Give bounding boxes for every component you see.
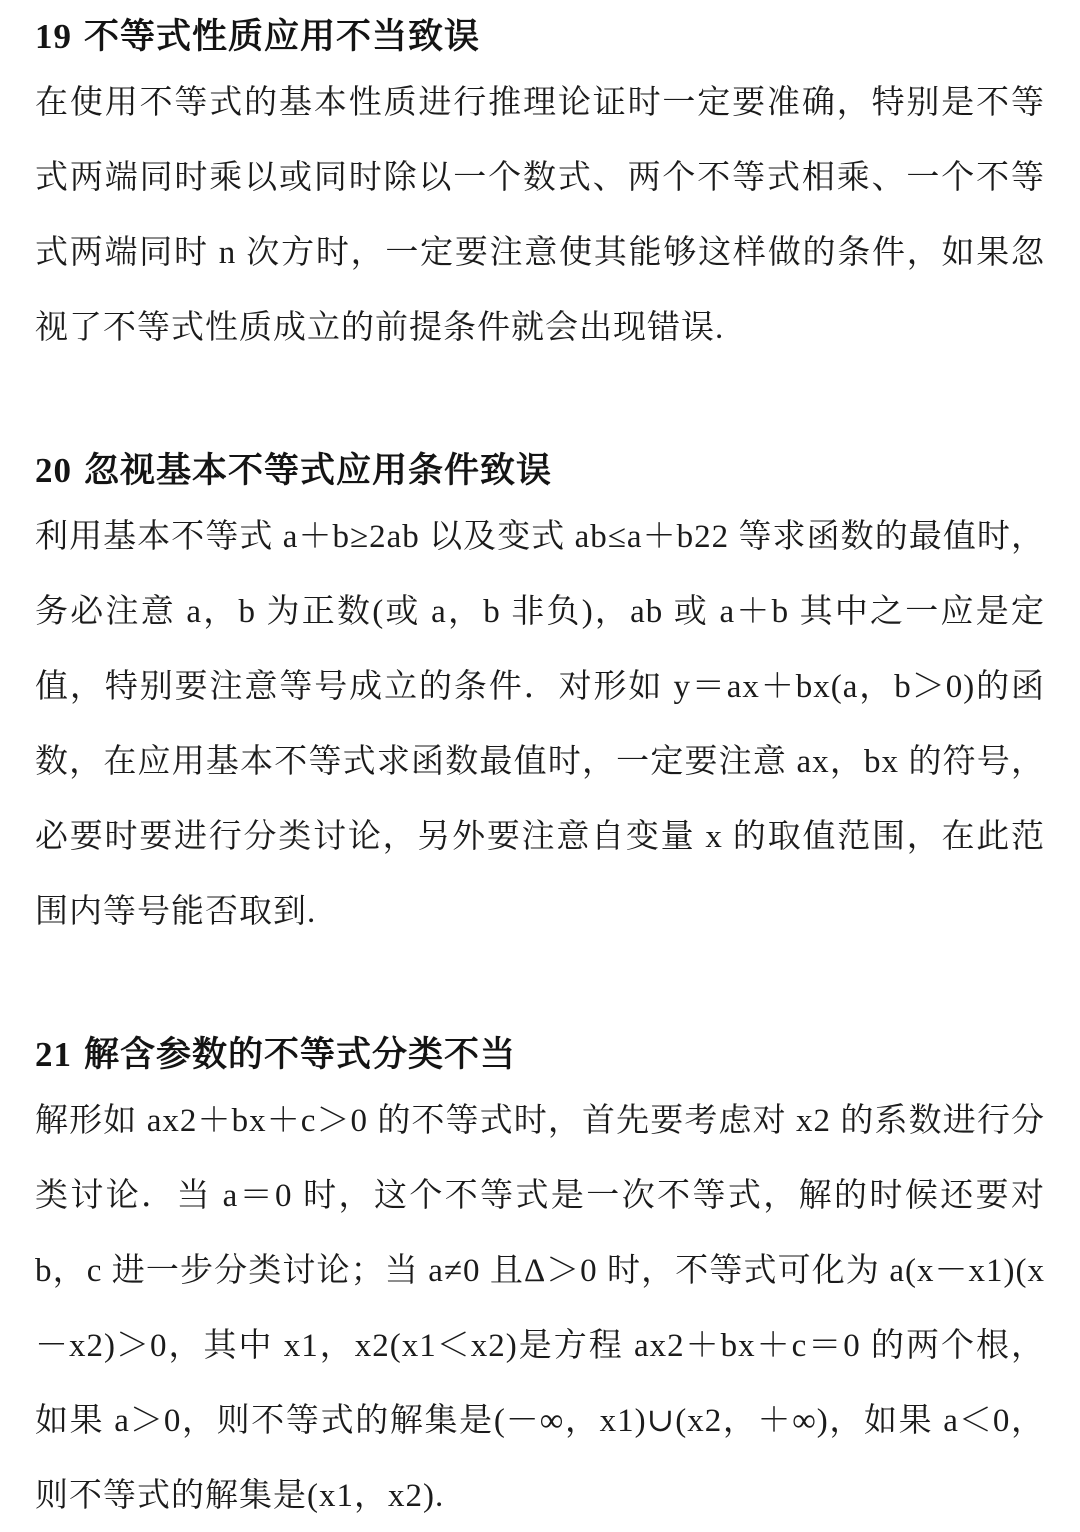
- section-20: 20忽视基本不等式应用条件致误 利用基本不等式 a＋b≥2ab 以及变式 ab≤…: [35, 446, 1045, 950]
- document-page: 19不等式性质应用不当致误 在使用不等式的基本性质进行推理论证时一定要准确，特别…: [0, 0, 1080, 1532]
- section-19-body: 在使用不等式的基本性质进行推理论证时一定要准确，特别是不等式两端同时乘以或同时除…: [35, 66, 1045, 366]
- section-20-title: 忽视基本不等式应用条件致误: [84, 451, 552, 491]
- section-19-heading: 19不等式性质应用不当致误: [35, 12, 1045, 62]
- section-19-number: 19: [35, 17, 72, 56]
- section-20-number: 20: [35, 451, 72, 490]
- section-20-body: 利用基本不等式 a＋b≥2ab 以及变式 ab≤a＋b22 等求函数的最值时，务…: [35, 500, 1045, 950]
- section-21-body: 解形如 ax2＋bx＋c＞0 的不等式时，首先要考虑对 x2 的系数进行分类讨论…: [35, 1084, 1045, 1532]
- section-19: 19不等式性质应用不当致误 在使用不等式的基本性质进行推理论证时一定要准确，特别…: [35, 12, 1045, 366]
- section-20-heading: 20忽视基本不等式应用条件致误: [35, 446, 1045, 496]
- section-21: 21解含参数的不等式分类不当 解形如 ax2＋bx＋c＞0 的不等式时，首先要考…: [35, 1030, 1045, 1532]
- section-21-heading: 21解含参数的不等式分类不当: [35, 1030, 1045, 1080]
- section-21-number: 21: [35, 1035, 72, 1074]
- section-21-title: 解含参数的不等式分类不当: [84, 1035, 516, 1075]
- section-19-title: 不等式性质应用不当致误: [84, 17, 480, 57]
